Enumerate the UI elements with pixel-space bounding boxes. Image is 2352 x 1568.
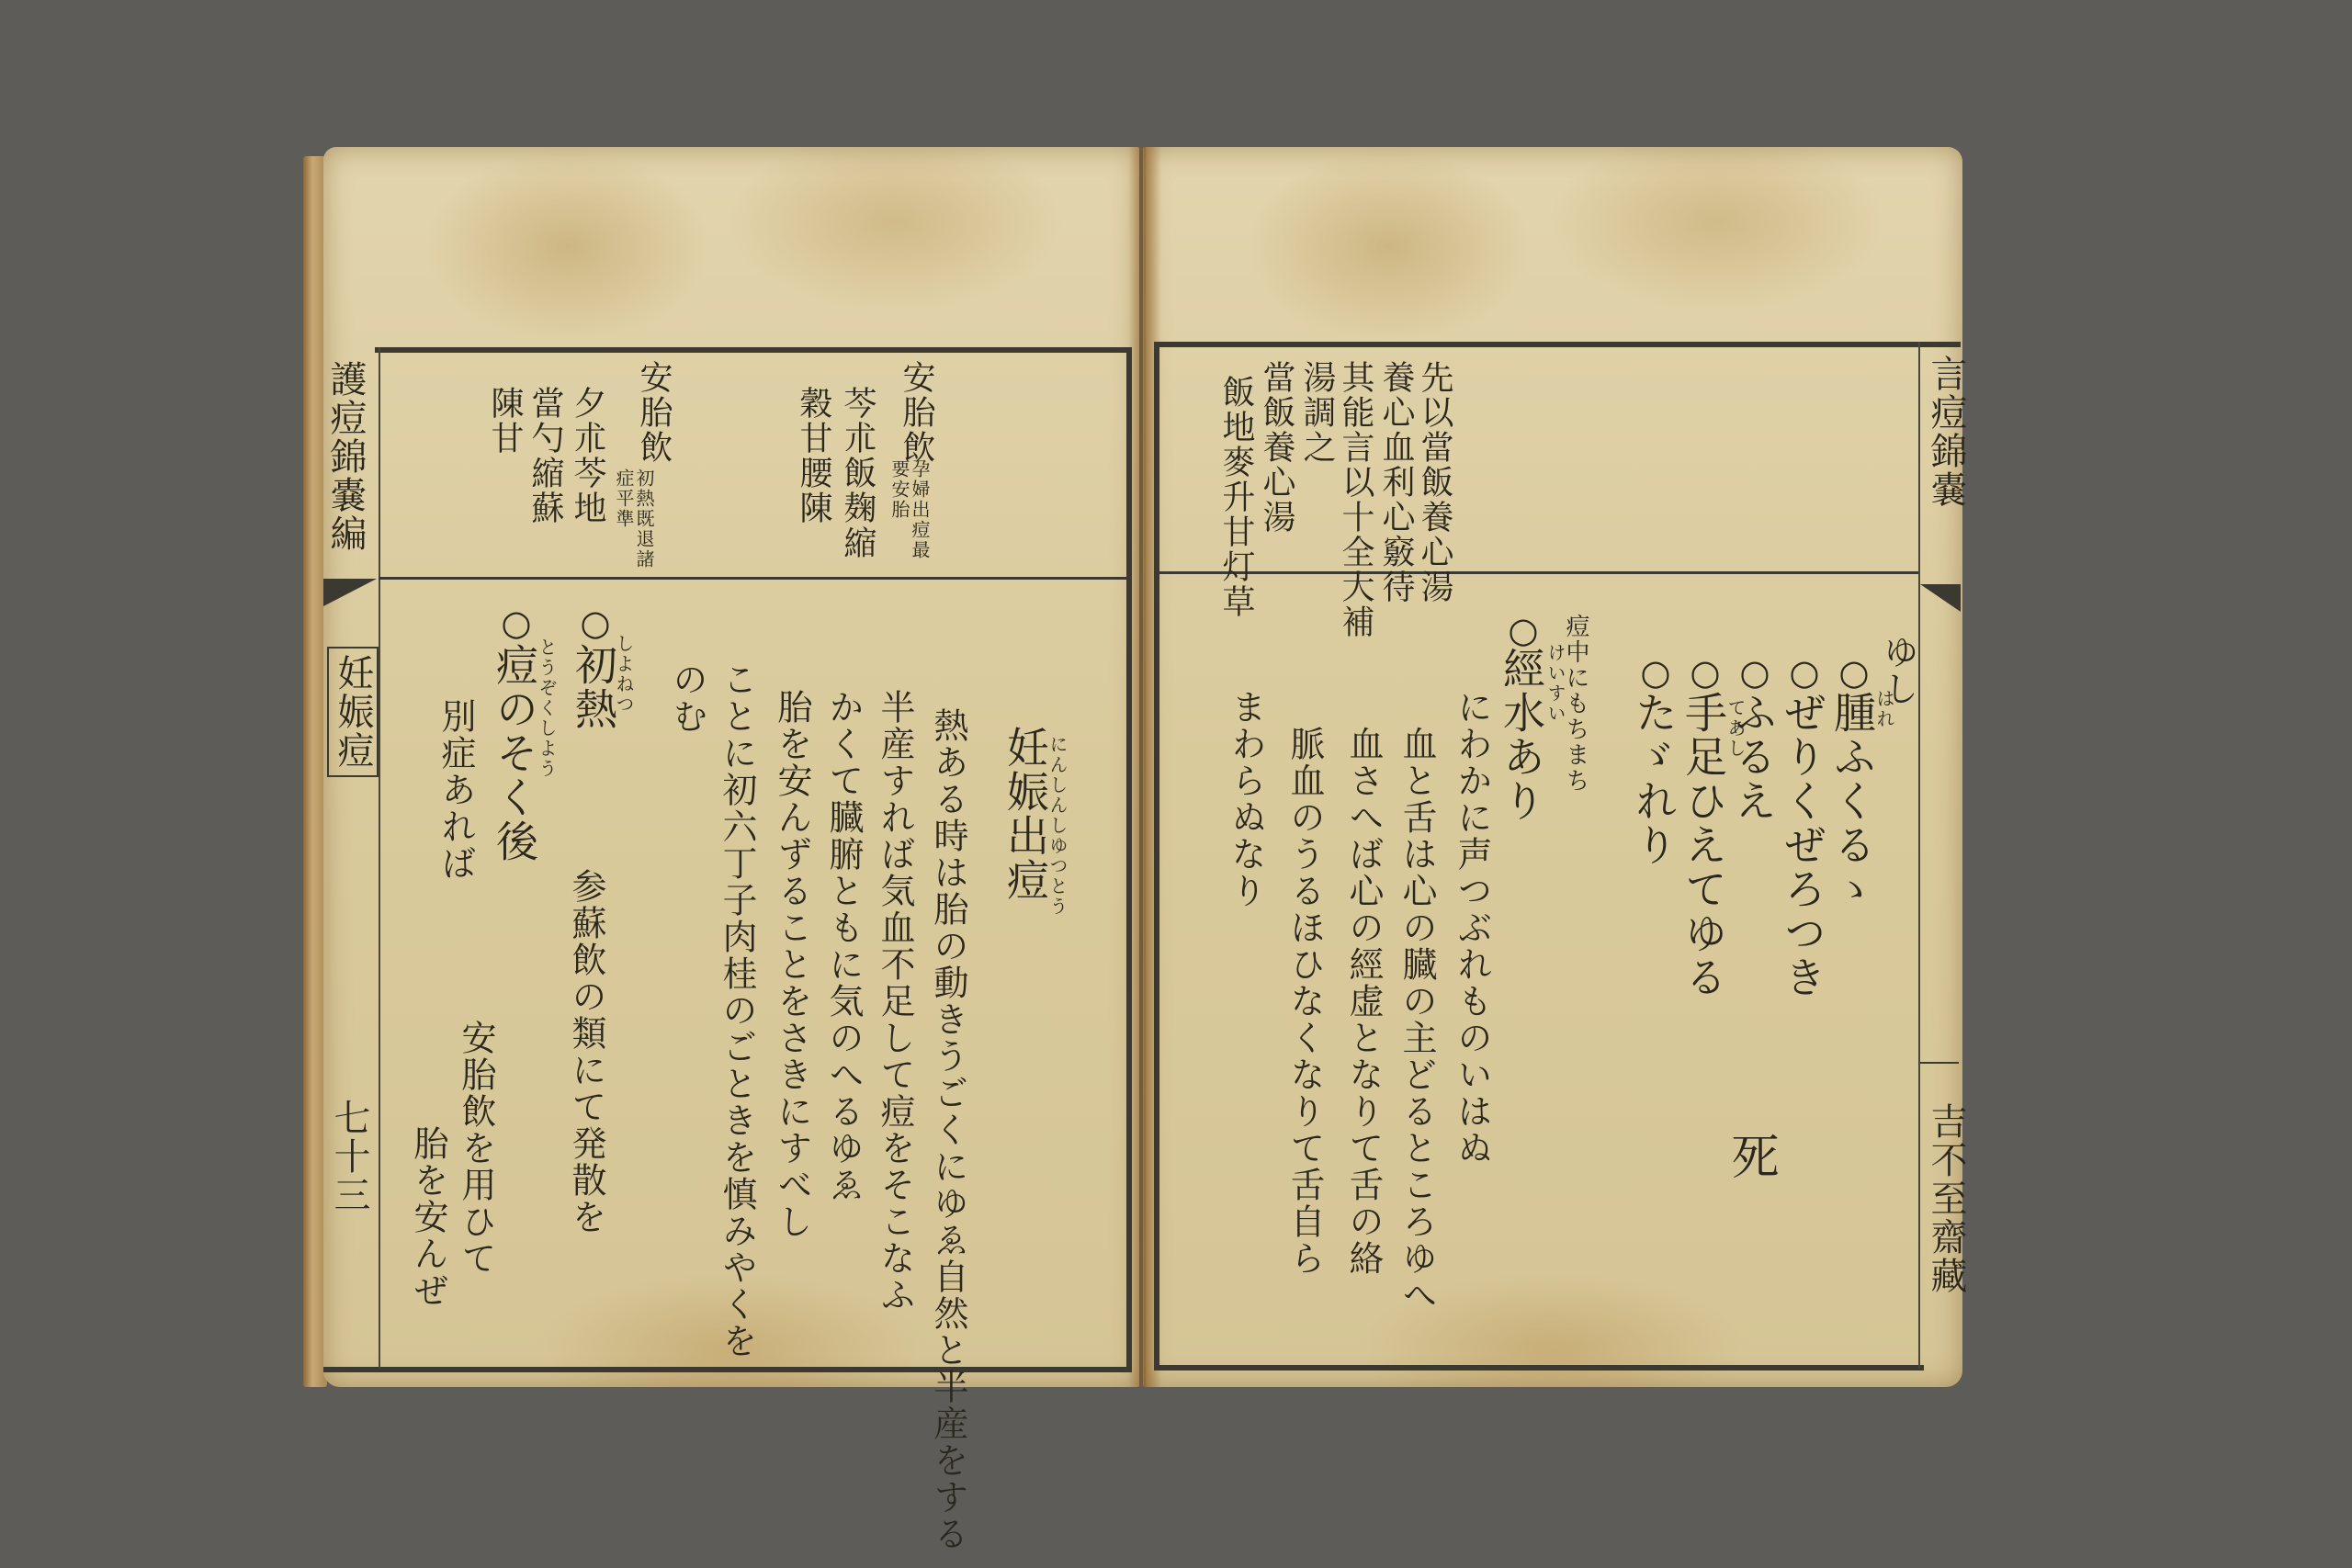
- rx2-note: 初熱既退諸症平準: [614, 468, 654, 579]
- rx2-ingredients-2: 當勺縮蘇: [526, 386, 564, 525]
- left-inner-border: [1126, 347, 1132, 1372]
- left-body-col-5: ことに初六丁子肉桂のごときを慎みやくを: [717, 661, 757, 1359]
- right-margin-divider: [1920, 1062, 1959, 1064]
- right-item-1-ruby: はれ: [1874, 689, 1894, 729]
- left-item-1-ruby: しよねつ: [614, 634, 634, 715]
- right-header-line-4: 湯調之: [1297, 360, 1336, 465]
- open-book: 護痘錦嚢編 妊娠痘 七十三 安胎飲 孕婦出痘最要安胎 芩朮飯麹縮 穀甘腰陳 安胎…: [0, 0, 2352, 1568]
- left-body-heading: 妊娠出痘: [1001, 726, 1049, 902]
- right-item-3-marker: ○: [1735, 652, 1775, 694]
- right-item-4-text: 手足ひえてゆる: [1679, 691, 1727, 999]
- right-fishtail-mark: [1920, 584, 1961, 612]
- left-item-2-ruby: とうぞくしよう: [537, 637, 557, 779]
- rx1-ingredients-1: 芩朮飯麹縮: [838, 386, 876, 560]
- right-header-divider: [1159, 571, 1918, 574]
- right-item-5-text: たゞれり: [1630, 691, 1678, 867]
- left-body-col-6: のむ: [667, 661, 707, 735]
- rx1-note: 孕婦出痘最要安胎: [889, 459, 930, 570]
- left-body-col-2: 半産すれば気血不足して痘をそこなふ: [875, 689, 915, 1314]
- right-section-ruby: けいすい: [1545, 643, 1566, 724]
- left-body-col-4: 胎を安んずることをさきにすべし: [772, 689, 812, 1240]
- right-item-5-marker: ○: [1635, 652, 1676, 694]
- right-section-col-2: 血と舌は心の臓の主どるところゆへ: [1396, 726, 1437, 1314]
- left-fishtail-mark: [323, 579, 377, 606]
- left-lower-note-3: 胎を安んぜ: [408, 1125, 448, 1309]
- rx2-title: 安胎飲: [634, 360, 673, 465]
- right-item-2-text: ぜりくぜろつき: [1779, 691, 1826, 999]
- left-item-1-marker: ○: [575, 603, 616, 645]
- left-bottom-border: [323, 1367, 1132, 1372]
- left-page-number: 七十三: [329, 1099, 369, 1214]
- left-body-col-1: 熱ある時は胎の動きうごくにゆゑ自然と半産をする: [928, 707, 968, 1552]
- right-section-col-5: まわらぬなり: [1226, 689, 1266, 909]
- right-header-line-3: 其能言以十全大補: [1336, 360, 1374, 639]
- left-header-divider: [379, 577, 1128, 580]
- right-item-2-marker: ○: [1784, 652, 1825, 694]
- left-section-label: 妊娠痘: [327, 647, 379, 777]
- publisher-mark: 吉不至齋藏: [1926, 1102, 1966, 1295]
- right-header-line-6: 飯地麥升甘灯草: [1216, 375, 1255, 619]
- right-item-1-marker: ○: [1834, 652, 1874, 694]
- right-section-col-4: 脈血のうるほひなくなりて舌自ら: [1284, 726, 1325, 1277]
- left-item-1-text: 初熱: [570, 643, 617, 731]
- right-item-4-marker: ○: [1685, 652, 1725, 694]
- right-header-line-1: 先以當飯養心湯: [1415, 360, 1453, 604]
- left-item-2-marker: ○: [496, 603, 537, 645]
- isolated-character: 死: [1716, 1132, 1785, 1181]
- left-margin-rule: [379, 347, 380, 1369]
- rx2-ingredients-1: 夕朮芩地: [568, 386, 606, 525]
- rx1-ingredients-2: 穀甘腰陳: [794, 386, 832, 525]
- left-item-2-text: 痘のそく後: [491, 643, 538, 863]
- right-book-title: 言痘錦嚢: [1926, 355, 1966, 509]
- left-item-3-text: 別症あれば: [435, 698, 476, 882]
- left-lower-note-2: 安胎飲を用ひて: [456, 1020, 496, 1277]
- rx1-title: 安胎飲: [897, 360, 935, 465]
- left-top-border: [375, 347, 1132, 353]
- right-section-col-3: 血さへば心の經虚となりて舌の絡: [1343, 726, 1384, 1277]
- right-top-border: [1154, 342, 1961, 347]
- right-section-col-1: にわかに声つぶれものいはぬ: [1452, 689, 1492, 1167]
- right-header-line-5: 當飯養心湯: [1257, 360, 1295, 535]
- right-item-1-text: 腫ふくるゝ: [1828, 691, 1876, 911]
- left-body-col-3: かくて臓腑ともに気のへるゆゑ: [823, 689, 864, 1203]
- right-header-line-2: 養心血利心竅待: [1376, 360, 1415, 604]
- left-book-title: 護痘錦嚢編: [325, 360, 366, 553]
- rx2-ingredients-3: 陳甘: [485, 386, 524, 456]
- right-bottom-border: [1154, 1365, 1924, 1371]
- right-margin-rule: [1918, 342, 1920, 1369]
- left-lower-note-1: 参蘇飲の類にて発散を: [566, 868, 606, 1235]
- right-item-4-ruby: てあし: [1725, 698, 1746, 759]
- left-body-heading-ruby: にんしんしゆつとう: [1047, 735, 1068, 917]
- right-inner-border: [1154, 342, 1159, 1371]
- right-section-heading: 經水あり: [1498, 647, 1545, 823]
